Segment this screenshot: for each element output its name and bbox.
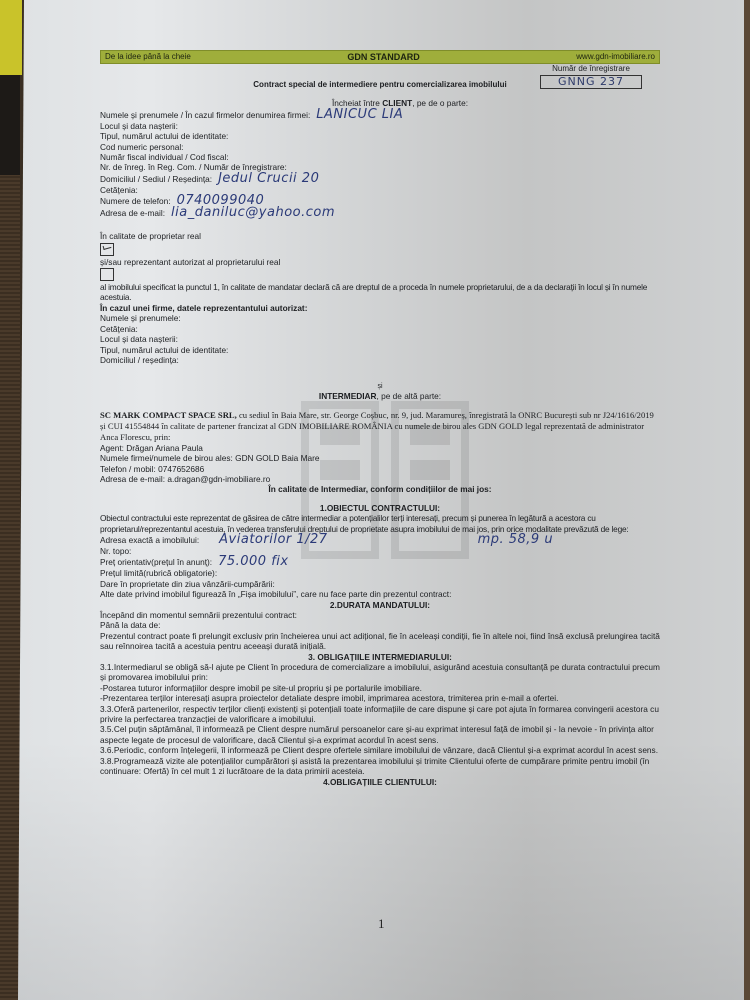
other-data-field: Alte date privind imobilul figurează în … xyxy=(100,589,660,599)
registration-value: GNNG 237 xyxy=(540,75,642,89)
header-slogan: De la idee până la cheie xyxy=(105,52,191,62)
office-name: Numele firmei/numele de birou ales: GDN … xyxy=(100,453,660,463)
and-text: și xyxy=(100,383,660,391)
section2-title: 2.DURATA MANDATULUI: xyxy=(100,600,660,610)
client-field: Tipul, numărul actului de identitate: xyxy=(100,131,660,141)
owner-label: În calitate de proprietar real xyxy=(100,231,660,241)
price-field: Preț orientativ(prețul în anunț):75.000 … xyxy=(100,556,660,568)
client-email-value[interactable]: lia_daniluc@yahoo.com xyxy=(171,207,335,219)
background-dark-object xyxy=(0,75,20,175)
client-address-value[interactable]: Jedul Crucii 20 xyxy=(218,173,319,185)
registration-number: Număr de înregistrare GNNG 237 xyxy=(540,64,642,89)
intermediary-phone: Telefon / mobil: 0747652686 xyxy=(100,464,660,474)
owner-checkbox[interactable] xyxy=(100,243,114,256)
client-field: Numele și prenumele / În cazul firmelor … xyxy=(100,109,660,121)
page-number: 1 xyxy=(378,916,385,932)
client-field: Adresa de e-mail:lia_daniluc@yahoo.com xyxy=(100,207,660,219)
client-fields: Numele și prenumele / În cazul firmelor … xyxy=(100,109,660,219)
section3-title: 3. OBLIGAȚIILE INTERMEDIARULUI: xyxy=(100,652,660,662)
client-field: Locul și data nașterii: xyxy=(100,121,660,131)
client-field: Cod numeric personal: xyxy=(100,142,660,152)
section1-text: Obiectul contractului este reprezentat d… xyxy=(100,513,660,534)
property-address-field: Adresa exactă a imobilului:Aviatorilor 1… xyxy=(100,534,660,546)
price-value[interactable]: 75.000 fix xyxy=(218,556,289,568)
client-field: Nr. de înreg. în Reg. Com. / Număr de în… xyxy=(100,162,660,172)
agent-name: Agent: Drăgan Ariana Paula xyxy=(100,443,660,453)
company-rep-title: În cazul unei firme, datele reprezentant… xyxy=(100,303,660,313)
registration-label: Număr de înregistrare xyxy=(540,64,642,74)
representative-checkbox[interactable] xyxy=(100,268,114,281)
company-rep-fields: Numele și prenumele: Cetățenia: Locul și… xyxy=(100,313,660,365)
ownership-field: Dare în proprietate din ziua vânzării-cu… xyxy=(100,579,660,589)
background-yellow-object xyxy=(0,0,22,75)
background-desk xyxy=(0,175,20,1000)
topo-field: Nr. topo: xyxy=(100,546,660,556)
representative-label: și/sau reprezentant autorizat al proprie… xyxy=(100,257,660,267)
header-bar: De la idee până la cheie GDN STANDARD ww… xyxy=(100,50,660,64)
intermediary-company: SC MARK COMPACT SPACE SRL, cu sediul în … xyxy=(100,410,660,443)
intermediary-intro: INTERMEDIAR, pe de altă parte: xyxy=(100,391,660,401)
property-area-value[interactable]: mp. 58,9 u xyxy=(478,534,554,546)
client-field: Domiciliul / Sediul / Reședința:Jedul Cr… xyxy=(100,173,660,185)
section1-title: 1.OBIECTUL CONTRACTULUI: xyxy=(100,503,660,513)
mandate-text: al imobilului specificat la punctul 1, î… xyxy=(100,282,660,303)
property-address-value[interactable]: Aviatorilor 1/27 xyxy=(219,534,327,546)
section4-title: 4.OBLIGAȚIILE CLIENTULUI: xyxy=(100,777,660,787)
header-website: www.gdn-imobiliare.ro xyxy=(576,52,655,62)
client-name-value[interactable]: LANICUC LIA xyxy=(316,109,403,121)
client-field: Număr fiscal individual / Cod fiscal: xyxy=(100,152,660,162)
contract-content: De la idee până la cheie GDN STANDARD ww… xyxy=(100,50,660,787)
header-brand: GDN STANDARD xyxy=(347,52,419,62)
limit-price-field: Prețul limită(rubrică obligatorie): xyxy=(100,568,660,578)
conditions-heading: În calitate de Intermediar, conform cond… xyxy=(100,484,660,494)
intermediary-email: Adresa de e-mail: a.dragan@gdn-imobiliar… xyxy=(100,474,660,484)
